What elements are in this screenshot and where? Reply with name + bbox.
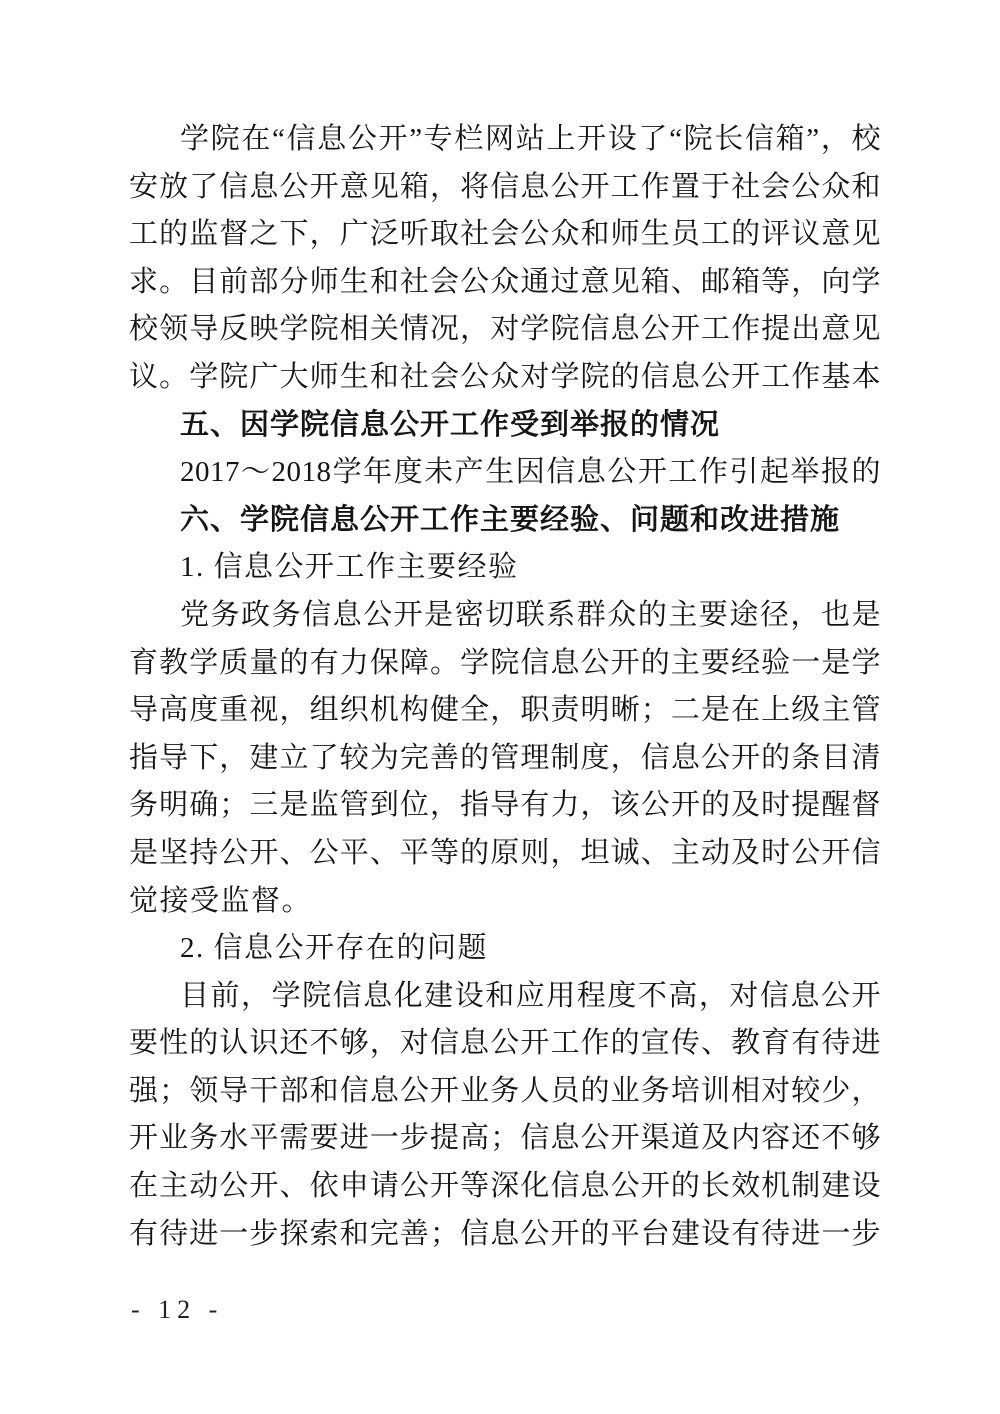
section-heading: 六、学院信息公开工作主要经验、问题和改进措施 <box>129 497 881 545</box>
text-line: 2017～2018学年度未产生因信息公开工作引起举报的情况。 <box>129 449 881 497</box>
text-line: 校领导反映学院相关情况，对学院信息公开工作提出意见和建 <box>129 306 881 354</box>
text-line: 1. 信息公开工作主要经验 <box>129 544 881 592</box>
text-line: 在主动公开、依申请公开等深化信息公开的长效机制建设方面还 <box>129 1163 881 1211</box>
text-line: 要性的认识还不够，对信息公开工作的宣传、教育有待进一步加 <box>129 1020 881 1068</box>
text-line: 党务政务信息公开是密切联系群众的主要途径，也是提升教 <box>129 592 881 640</box>
text-line: 目前，学院信息化建设和应用程度不高，对信息公开工作重 <box>129 973 881 1021</box>
document-page: 学院在“信息公开”专栏网站上开设了“院长信箱”，校园安放了信息公开意见箱，将信息… <box>0 0 1000 1414</box>
text-line: 议。学院广大师生和社会公众对学院的信息公开工作基本满意。 <box>129 354 881 402</box>
text-line: 开业务水平需要进一步提高；信息公开渠道及内容还不够畅通， <box>129 1115 881 1163</box>
text-line: 觉接受监督。 <box>129 878 881 926</box>
text-line: 是坚持公开、公平、平等的原则，坦诚、主动及时公开信息，自 <box>129 830 881 878</box>
text-line: 工的监督之下，广泛听取社会公众和师生员工的评议意见和要 <box>129 211 881 259</box>
text-line: 指导下，建立了较为完善的管理制度，信息公开的条目清晰，任 <box>129 735 881 783</box>
section-heading: 五、因学院信息公开工作受到举报的情况 <box>129 402 881 450</box>
text-line: 导高度重视，组织机构健全，职责明晰；二是在上级主管部门的 <box>129 687 881 735</box>
text-line: 育教学质量的有力保障。学院信息公开的主要经验一是学院领 <box>129 640 881 688</box>
page-number: - 12 - <box>131 1290 223 1330</box>
text-line: 求。目前部分师生和社会公众通过意见箱、邮箱等，向学院有关 <box>129 259 881 307</box>
text-line: 有待进一步探索和完善；信息公开的平台建设有待进一步改进， <box>129 1211 881 1259</box>
text-line: 安放了信息公开意见箱，将信息公开工作置于社会公众和师生员 <box>129 164 881 212</box>
text-line: 2. 信息公开存在的问题 <box>129 925 881 973</box>
text-line: 学院在“信息公开”专栏网站上开设了“院长信箱”，校园 <box>129 116 881 164</box>
text-line: 强；领导干部和信息公开业务人员的业务培训相对较少，信息公 <box>129 1068 881 1116</box>
text-line: 务明确；三是监管到位，指导有力，该公开的及时提醒督办；四 <box>129 782 881 830</box>
document-body: 学院在“信息公开”专栏网站上开设了“院长信箱”，校园安放了信息公开意见箱，将信息… <box>129 116 881 1258</box>
